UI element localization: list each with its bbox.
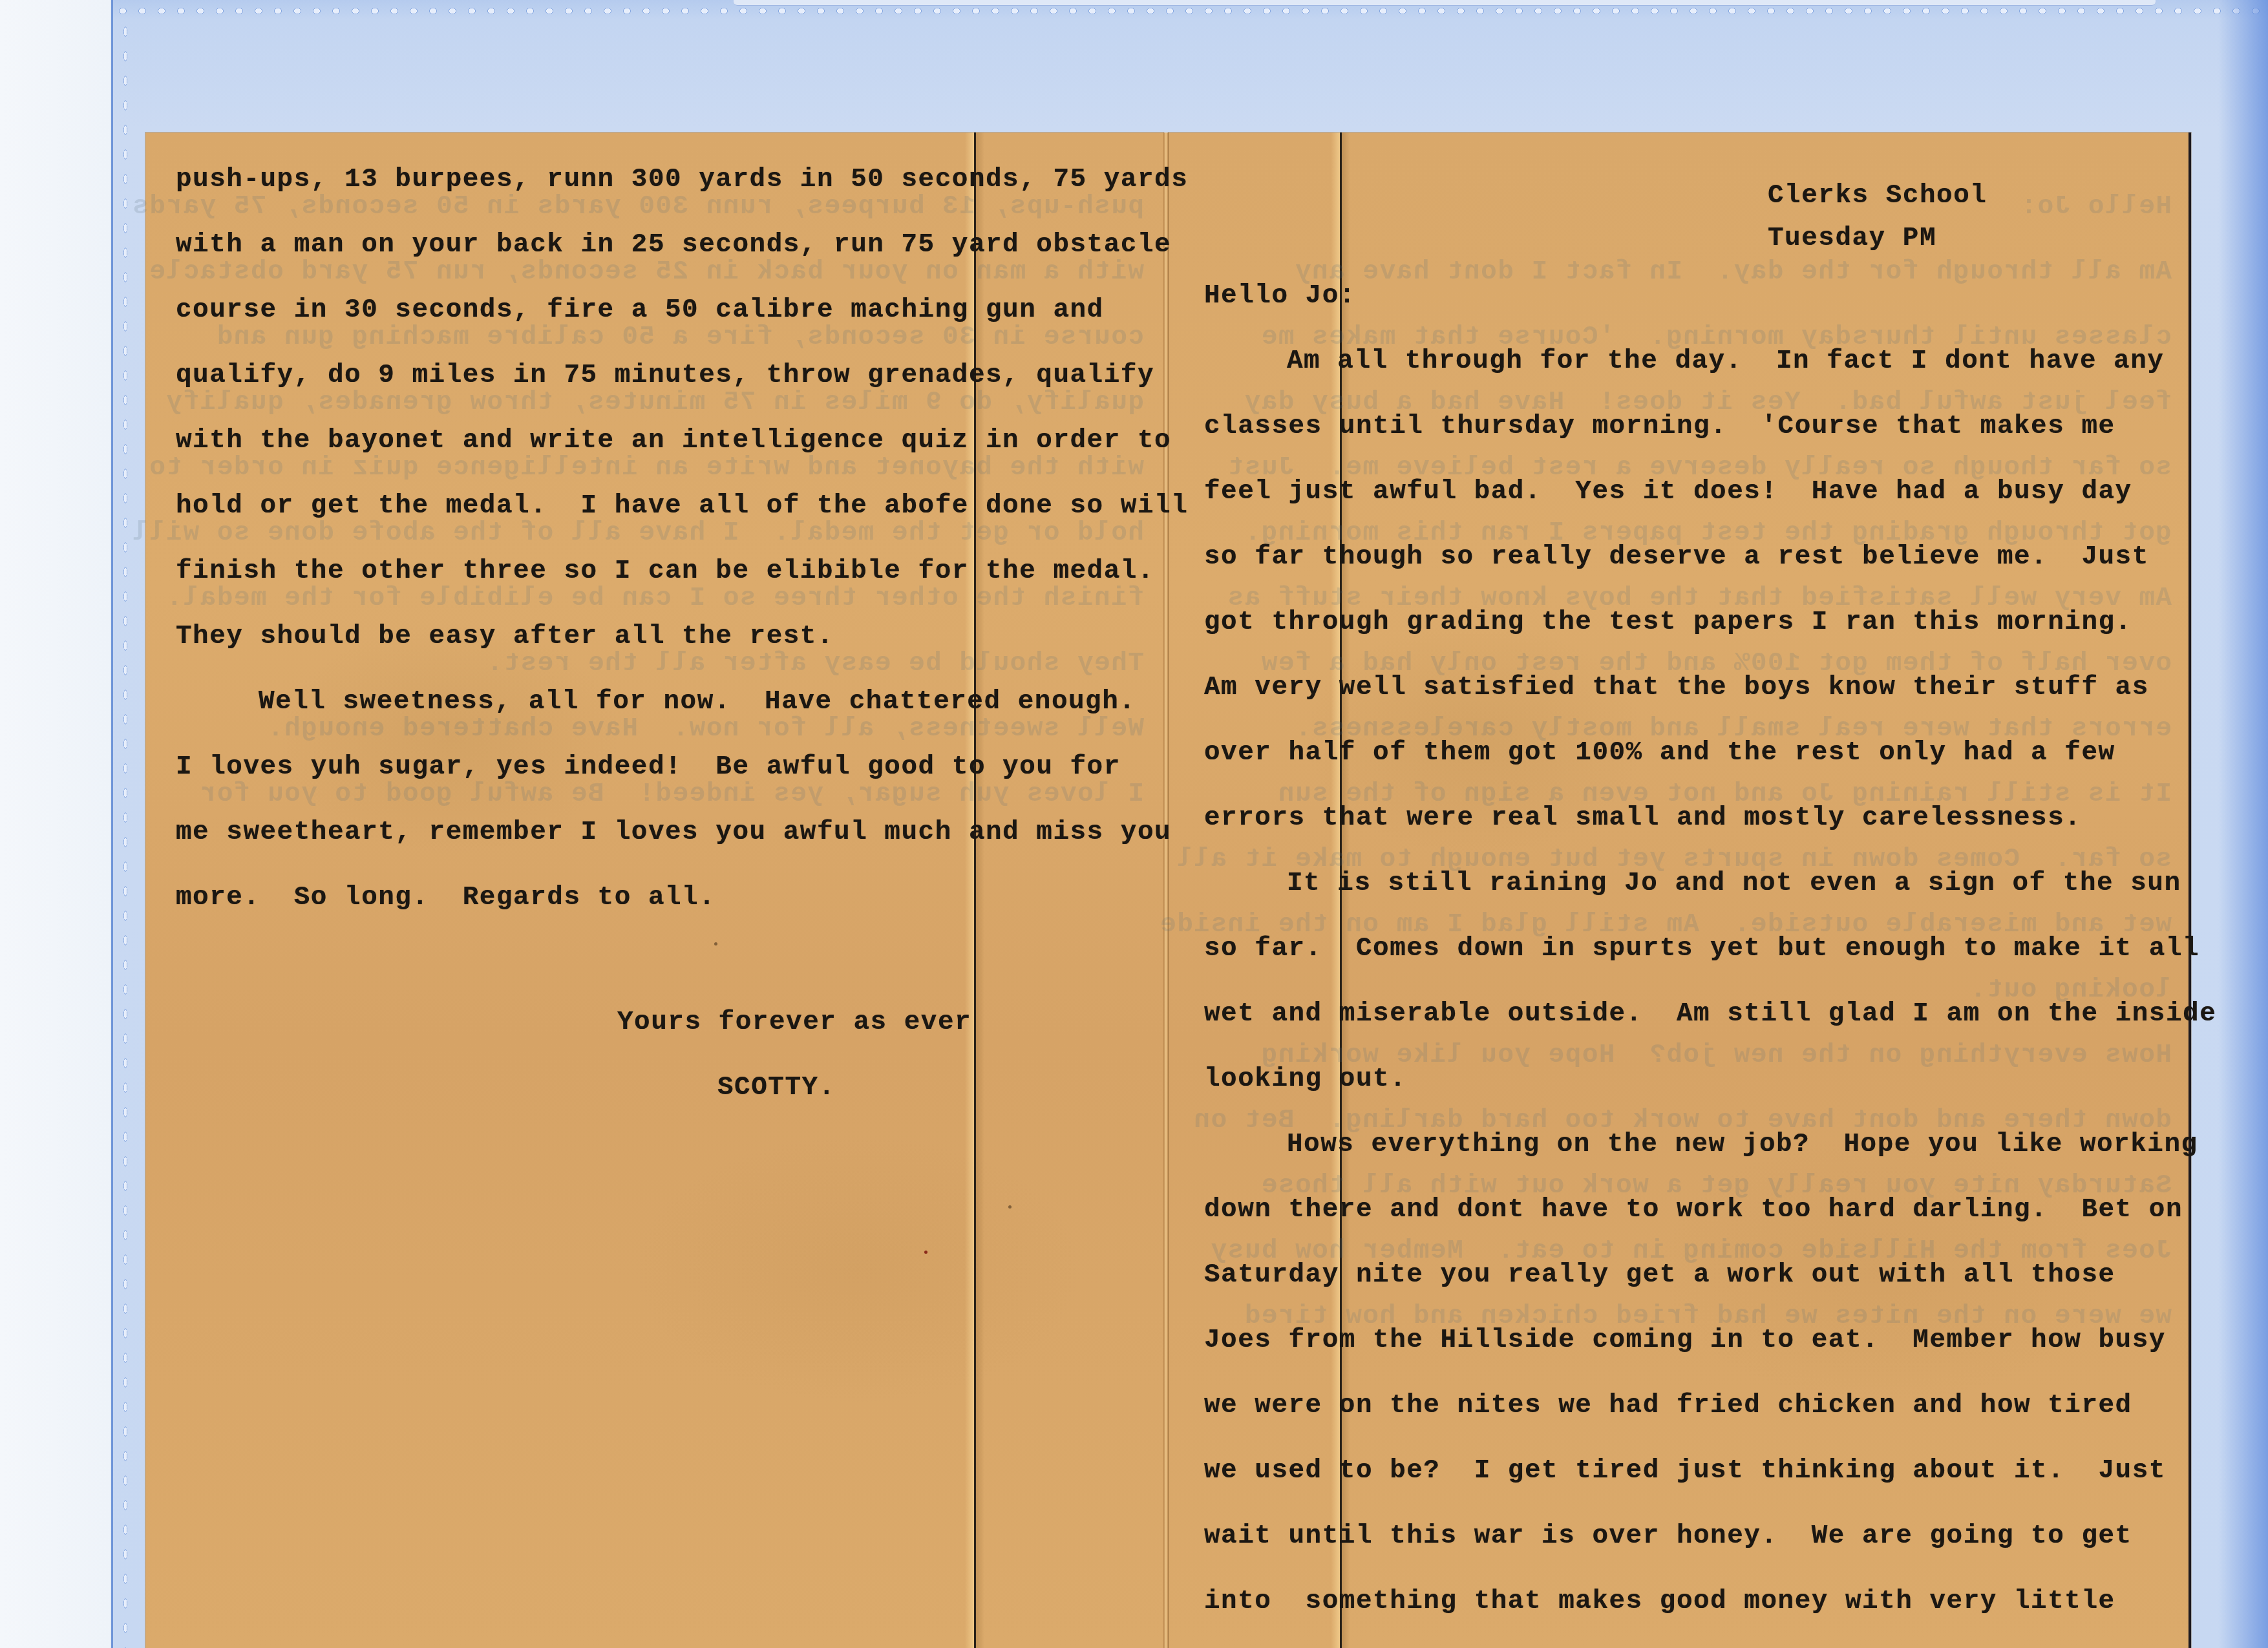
text-line: feel just awful bad. Yes it does! Have h… [1204, 460, 2216, 525]
letter-header: Clerks SchoolTuesday PM [1768, 174, 1987, 260]
text-line: Hello Jo: [1204, 264, 2216, 329]
letter-signature: SCOTTY. [717, 1055, 836, 1121]
text-line: over half of them got 100% and the rest … [1204, 721, 2216, 786]
text-line: hold or get the medal. I have all of the… [176, 474, 1188, 539]
text-line: Well sweetness, all for now. Have chatte… [176, 670, 1188, 735]
text-line: Am very well satisfied that the boys kno… [1204, 655, 2216, 721]
text-line: qualify, do 9 miles in 75 minutes, throw… [176, 343, 1188, 408]
text-line: more. So long. Regards to all. [176, 865, 1188, 931]
text-line: They should be easy after all the rest. [176, 604, 1188, 670]
ink-speck [1008, 1205, 1012, 1209]
text-line: Joes from the Hillside coming in to eat.… [1204, 1308, 2216, 1373]
header-line: Clerks School [1768, 174, 1987, 217]
text-line: Saturday nite you really get a work out … [1204, 1243, 2216, 1308]
sleeve-top-seam [113, 4, 2268, 18]
text-line: wait until this war is over honey. We ar… [1204, 1504, 2216, 1569]
text-line: I loves yuh sugar, yes indeed! Be awful … [176, 735, 1188, 800]
left-page-body: push-ups, 13 burpees, runn 300 yards in … [176, 147, 1188, 931]
text-line: so far though so really deserve a rest b… [1204, 525, 2216, 590]
ink-speck [924, 1251, 927, 1254]
text-line: we were on the nites we had fried chicke… [1204, 1373, 2216, 1439]
ink-speck [714, 942, 717, 945]
text-line: we used to be? I get tired just thinking… [1204, 1439, 2216, 1504]
text-line: push-ups, 13 burpees, runn 300 yards in … [176, 147, 1188, 213]
text-line: finish the other three so I can be elibi… [176, 539, 1188, 604]
text-line: with the bayonet and write an intelligen… [176, 408, 1188, 474]
text-line: so far. Comes down in spurts yet but eno… [1204, 916, 2216, 982]
text-line: with a man on your back in 25 seconds, r… [176, 213, 1188, 278]
text-line: errors that were real small and mostly c… [1204, 786, 2216, 851]
text-line: It is still raining Jo and not even a si… [1204, 851, 2216, 916]
text-line: Am all through for the day. In fact I do… [1204, 329, 2216, 394]
text-line: looking out. [1204, 1047, 2216, 1112]
text-line: course in 30 seconds, fire a 50 calibre … [176, 278, 1188, 343]
text-line: classes until thursday morning. 'Course … [1204, 394, 2216, 460]
text-line: into something that makes good money wit… [1204, 1569, 2216, 1634]
text-line: down there and dont have to work too har… [1204, 1178, 2216, 1243]
header-line: Tuesday PM [1768, 217, 1987, 260]
right-page-body: Hello Jo:Am all through for the day. In … [1204, 264, 2216, 1634]
text-line: wet and miserable outside. Am still glad… [1204, 982, 2216, 1047]
text-line: Hows everything on the new job? Hope you… [1204, 1112, 2216, 1178]
sleeve-left-seam [121, 19, 130, 1648]
text-line: me sweetheart, remember I loves you awfu… [176, 800, 1188, 865]
letter-closing: Yours forever as ever [617, 990, 971, 1055]
text-line: got through grading the test papers I ra… [1204, 590, 2216, 655]
